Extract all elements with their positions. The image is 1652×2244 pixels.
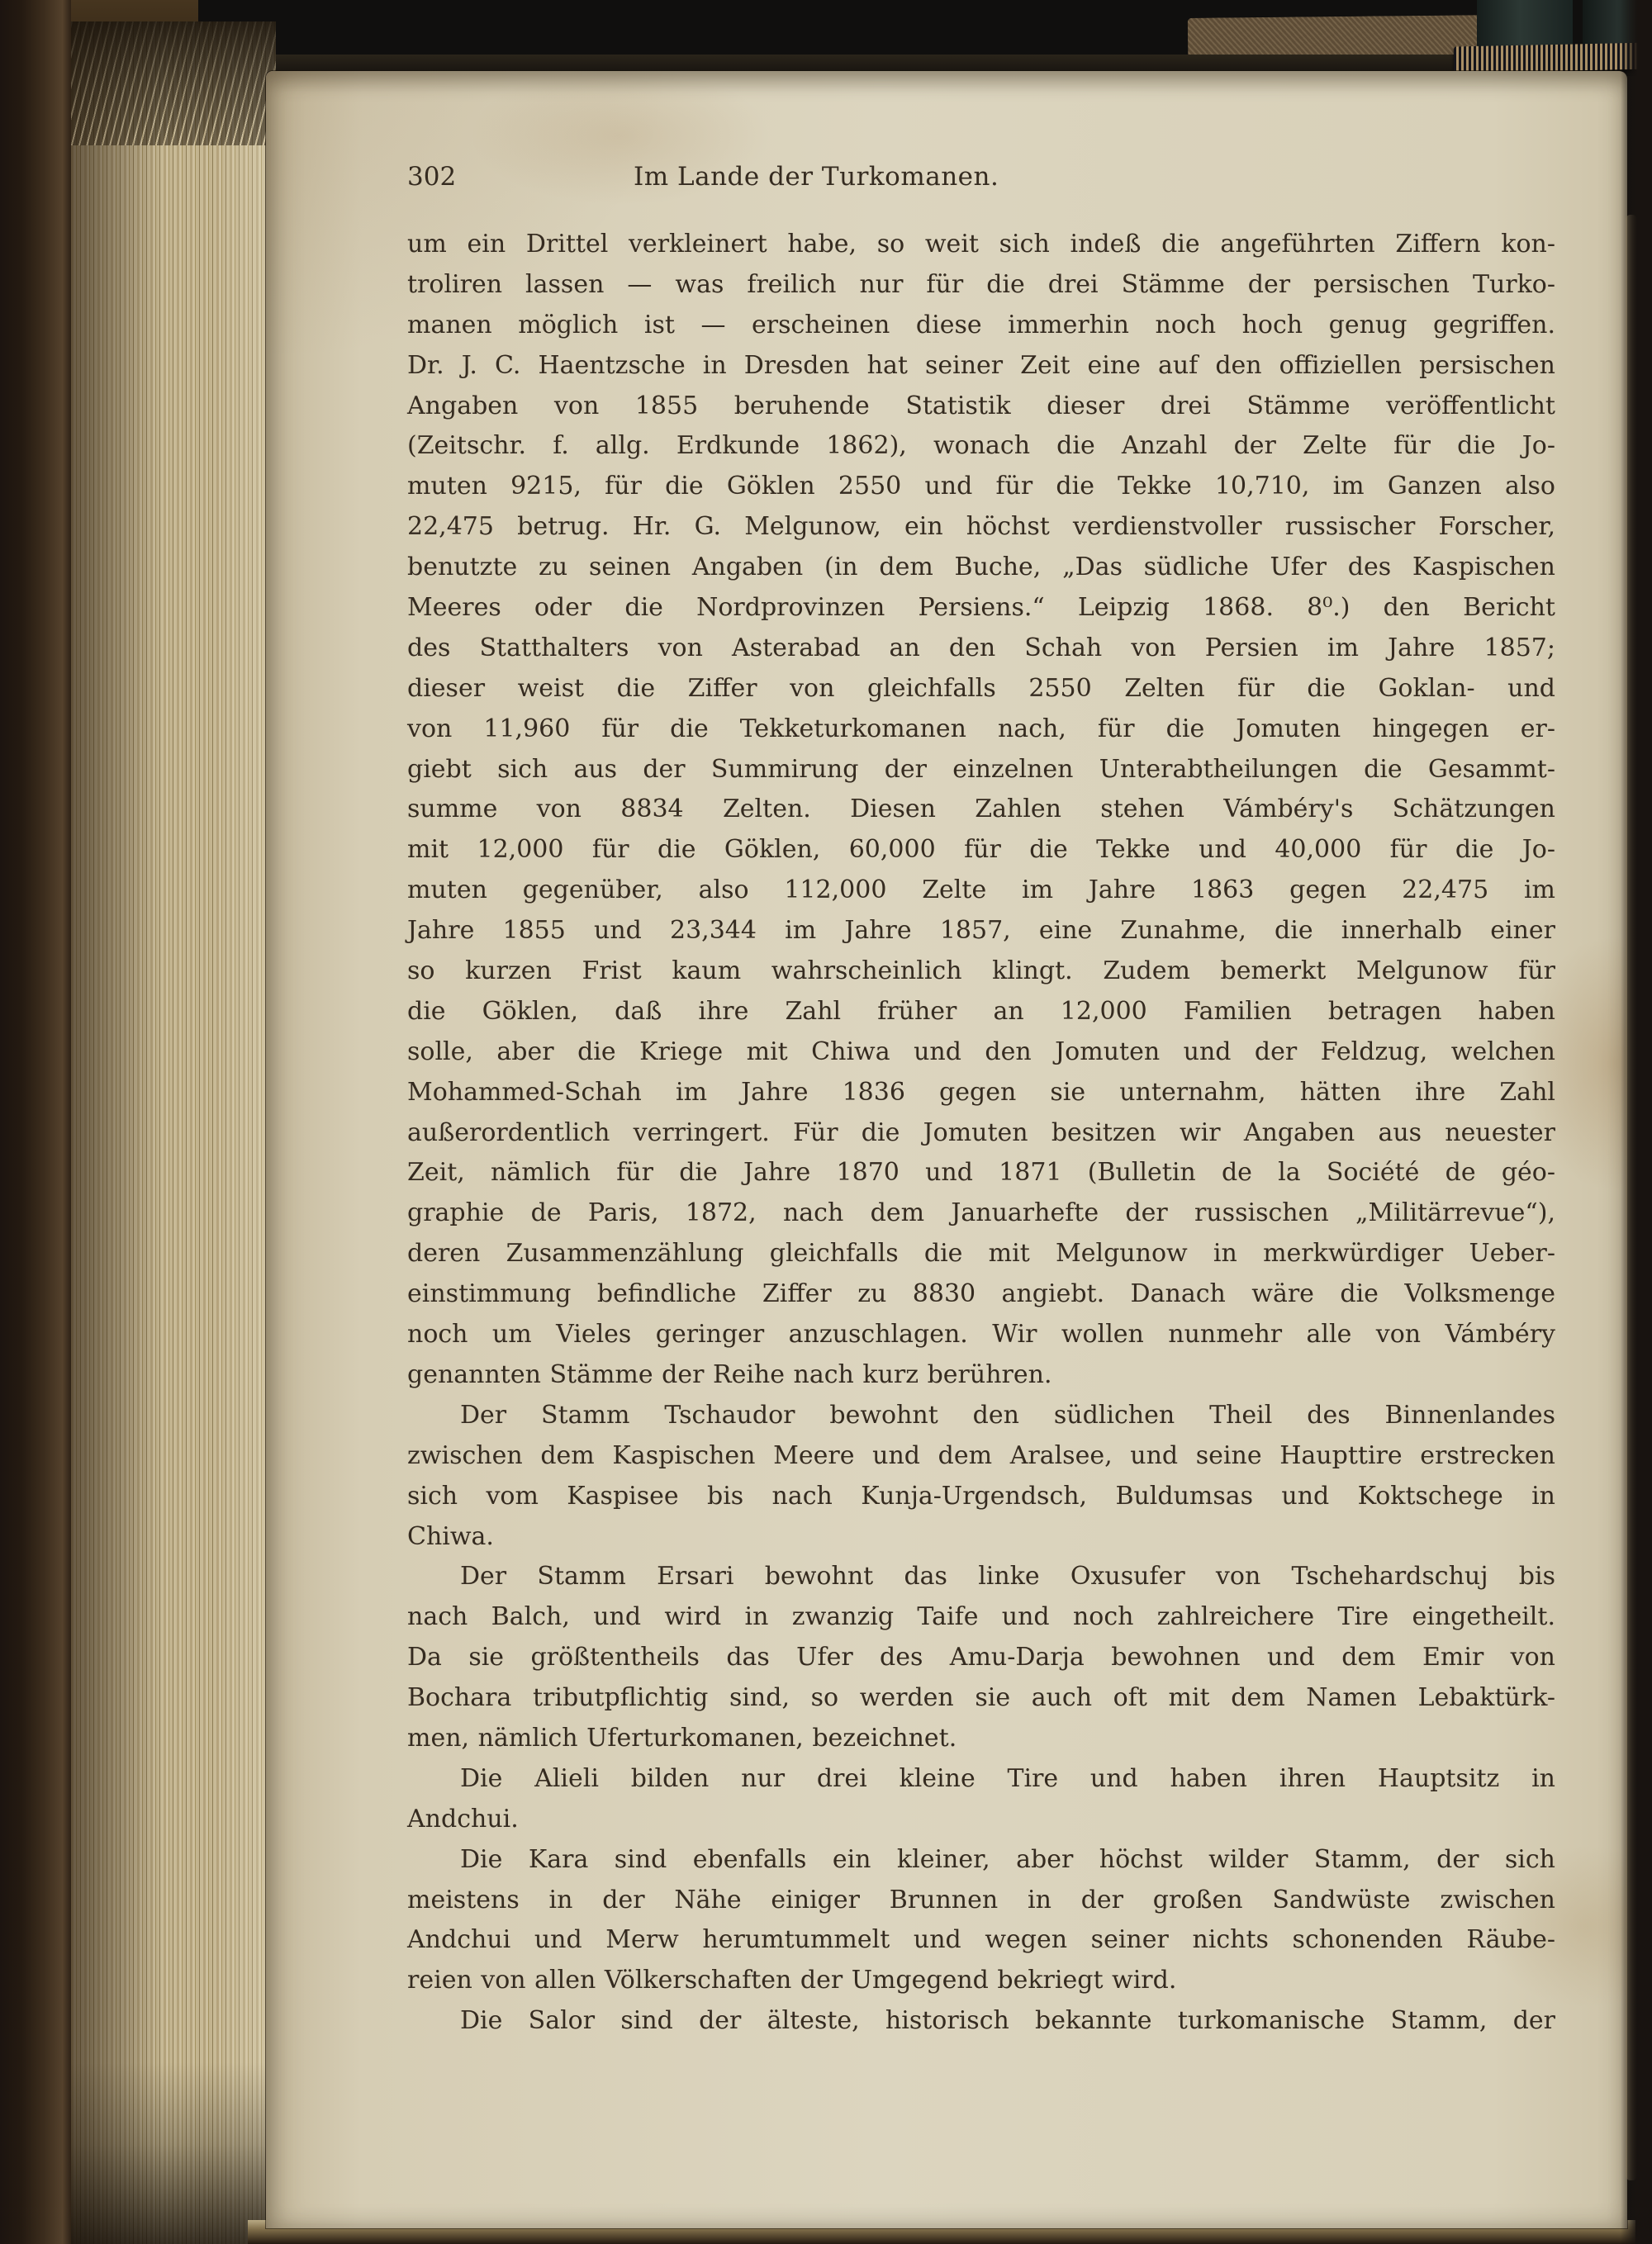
text-line: benutzte zu seinen Angaben (in dem Buche…: [407, 548, 1555, 588]
text-line: (Zeitschr. f. allg. Erdkunde 1862), wona…: [407, 426, 1555, 467]
text-line: 22,475 betrug. Hr. G. Melgunow, ein höch…: [407, 507, 1555, 548]
text-line: genannten Stämme der Reihe nach kurz ber…: [407, 1355, 1555, 1396]
stacked-page-edges: [71, 21, 276, 2244]
text-line: reien von allen Völkerschaften der Umgeg…: [407, 1961, 1555, 2001]
text-line: sich vom Kaspisee bis nach Kunja-Urgends…: [407, 1477, 1555, 1517]
text-line: Andchui und Merw herumtummelt und wegen …: [407, 1920, 1555, 1961]
printed-area: 302 Im Lande der Turkomanen. um ein Drit…: [407, 162, 1555, 208]
fabric-band: [1188, 15, 1486, 59]
text-line: Die Salor sind der älteste, historisch b…: [407, 2001, 1555, 2042]
text-line: mit 12,000 für die Göklen, 60,000 für di…: [407, 830, 1555, 871]
text-line: Zeit, nämlich für die Jahre 1870 und 187…: [407, 1153, 1555, 1193]
text-line: zwischen dem Kaspischen Meere und dem Ar…: [407, 1436, 1555, 1477]
text-line: giebt sich aus der Summirung der einzeln…: [407, 750, 1555, 790]
text-line: so kurzen Frist kaum wahrscheinlich klin…: [407, 951, 1555, 992]
text-line: Die Kara sind ebenfalls ein kleiner, abe…: [407, 1840, 1555, 1881]
text-line: manen möglich ist — erscheinen diese imm…: [407, 306, 1555, 346]
text-line: Meeres oder die Nordprovinzen Persiens.“…: [407, 588, 1555, 629]
text-line: graphie de Paris, 1872, nach dem Januarh…: [407, 1193, 1555, 1234]
text-line: die Göklen, daß ihre Zahl früher an 12,0…: [407, 992, 1555, 1032]
text-line: Chiwa.: [407, 1517, 1555, 1558]
text-line: Die Alieli bilden nur drei kleine Tire u…: [407, 1759, 1555, 1800]
page-header: 302 Im Lande der Turkomanen.: [407, 162, 1555, 208]
book-cover-left-edge: [0, 0, 71, 2244]
book-scan-photo: 302 Im Lande der Turkomanen. um ein Drit…: [0, 0, 1652, 2244]
page-number: 302: [407, 162, 456, 192]
text-line: muten gegenüber, also 112,000 Zelte im J…: [407, 871, 1555, 911]
text-line: Bochara tributpflichtig sind, so werden …: [407, 1678, 1555, 1719]
text-line: von 11,960 für die Tekketurkomanen nach,…: [407, 709, 1555, 750]
text-line: meistens in der Nähe einiger Brunnen in …: [407, 1881, 1555, 1921]
text-line: des Statthalters von Asterabad an den Sc…: [407, 629, 1555, 669]
text-line: solle, aber die Kriege mit Chiwa und den…: [407, 1032, 1555, 1073]
text-line: troliren lassen — was freilich nur für d…: [407, 265, 1555, 306]
text-line: einstimmung befindliche Ziffer zu 8830 a…: [407, 1274, 1555, 1315]
text-line: dieser weist die Ziffer von gleichfalls …: [407, 669, 1555, 709]
text-line: men, nämlich Uferturkomanen, bezeichnet.: [407, 1719, 1555, 1759]
background-book-spine: [1477, 0, 1573, 50]
text-line: Der Stamm Ersari bewohnt das linke Oxusu…: [407, 1557, 1555, 1597]
text-line: Andchui.: [407, 1800, 1555, 1840]
text-line: Der Stamm Tschaudor bewohnt den südliche…: [407, 1396, 1555, 1436]
text-line: muten 9215, für die Göklen 2550 und für …: [407, 467, 1555, 507]
right-dark-gap: [1621, 0, 1652, 2244]
text-line: noch um Vieles geringer anzuschlagen. Wi…: [407, 1315, 1555, 1355]
text-line: Mohammed-Schah im Jahre 1836 gegen sie u…: [407, 1073, 1555, 1113]
text-line: um ein Drittel verkleinert habe, so weit…: [407, 225, 1555, 265]
text-line: Jahre 1855 und 23,344 im Jahre 1857, ein…: [407, 911, 1555, 951]
book-page: 302 Im Lande der Turkomanen. um ein Drit…: [266, 71, 1627, 2228]
running-title: Im Lande der Turkomanen.: [634, 162, 999, 192]
text-line: nach Balch, und wird in zwanzig Taife un…: [407, 1597, 1555, 1638]
text-line: Dr. J. C. Haentzsche in Dresden hat sein…: [407, 346, 1555, 387]
text-line: Angaben von 1855 beruhende Statistik die…: [407, 387, 1555, 427]
text-line: außerordentlich verringert. Für die Jomu…: [407, 1113, 1555, 1154]
text-line: deren Zusammenzählung gleichfalls die mi…: [407, 1234, 1555, 1274]
page-body: um ein Drittel verkleinert habe, so weit…: [407, 225, 1555, 2042]
text-line: summe von 8834 Zelten. Diesen Zahlen ste…: [407, 790, 1555, 830]
text-line: Da sie größtentheils das Ufer des Amu-Da…: [407, 1638, 1555, 1678]
